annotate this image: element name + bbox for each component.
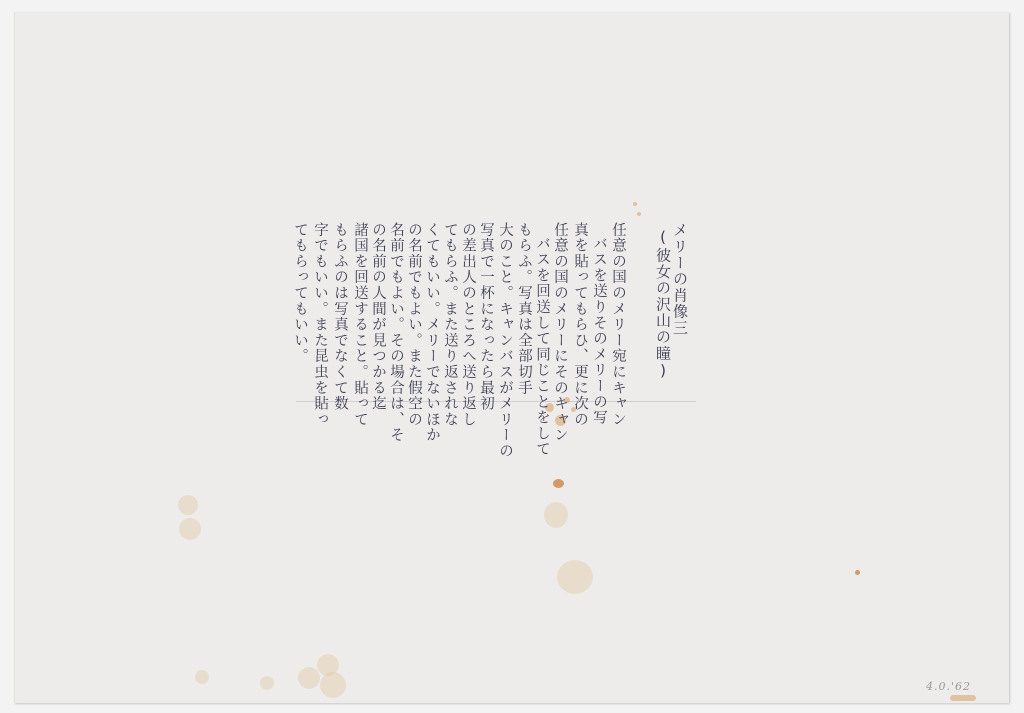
body-column: の名前でもよい。また假空の xyxy=(406,222,422,427)
body-column: てもらってもいい。 xyxy=(292,222,308,364)
body-column: の差出人のところへ送り返し xyxy=(460,222,476,427)
body-column: 諸国を回送すること。貼って xyxy=(352,222,368,427)
stain xyxy=(179,518,201,540)
body-column: てもらふ。また送り返されな xyxy=(442,222,458,427)
stain xyxy=(260,676,274,690)
stain xyxy=(950,695,976,701)
body-column: 任意の国のメリーにそのキャン xyxy=(552,222,568,443)
stain xyxy=(553,479,564,488)
document-subtitle: (彼女の沢山の瞳) xyxy=(655,228,671,381)
stain xyxy=(637,212,641,216)
body-column: の名前の人間が見つかる迄 xyxy=(370,222,386,412)
body-column: バスを回送して同じことをして xyxy=(534,236,550,457)
stain xyxy=(195,670,209,684)
body-column: バスを送りそのメリーの写 xyxy=(591,236,607,426)
body-column: 任意の国のメリー宛にキャン xyxy=(610,222,626,427)
body-column: もらふ。写真は全部切手 xyxy=(516,222,532,396)
pencil-date-annotation: 4.0.'62 xyxy=(926,680,971,693)
body-column: 写真で一杯になったら最初 xyxy=(478,222,494,412)
handwritten-text-block: メリーの肖像三 (彼女の沢山の瞳) 任意の国のメリー宛にキャン バスを送りそのメ… xyxy=(272,222,692,398)
body-column: くてもいい。メリーでないほか xyxy=(424,222,440,443)
stain xyxy=(633,202,637,206)
body-column: もらふのは写真でなくて数 xyxy=(332,222,348,412)
body-column: 字でもいい。また昆虫を貼っ xyxy=(312,222,328,427)
stain xyxy=(320,672,346,698)
body-column: 大のこと。キャンバスがメリーの xyxy=(497,222,513,459)
stain xyxy=(855,570,860,575)
stain xyxy=(298,667,320,689)
stain xyxy=(544,502,568,528)
body-column: 名前でもよい。その場合は、そ xyxy=(388,222,404,443)
stain xyxy=(178,495,198,515)
document-title: メリーの肖像三 xyxy=(672,222,688,336)
body-column: 真を貼ってもらひ、更に次の xyxy=(572,222,588,427)
stain xyxy=(557,560,593,594)
